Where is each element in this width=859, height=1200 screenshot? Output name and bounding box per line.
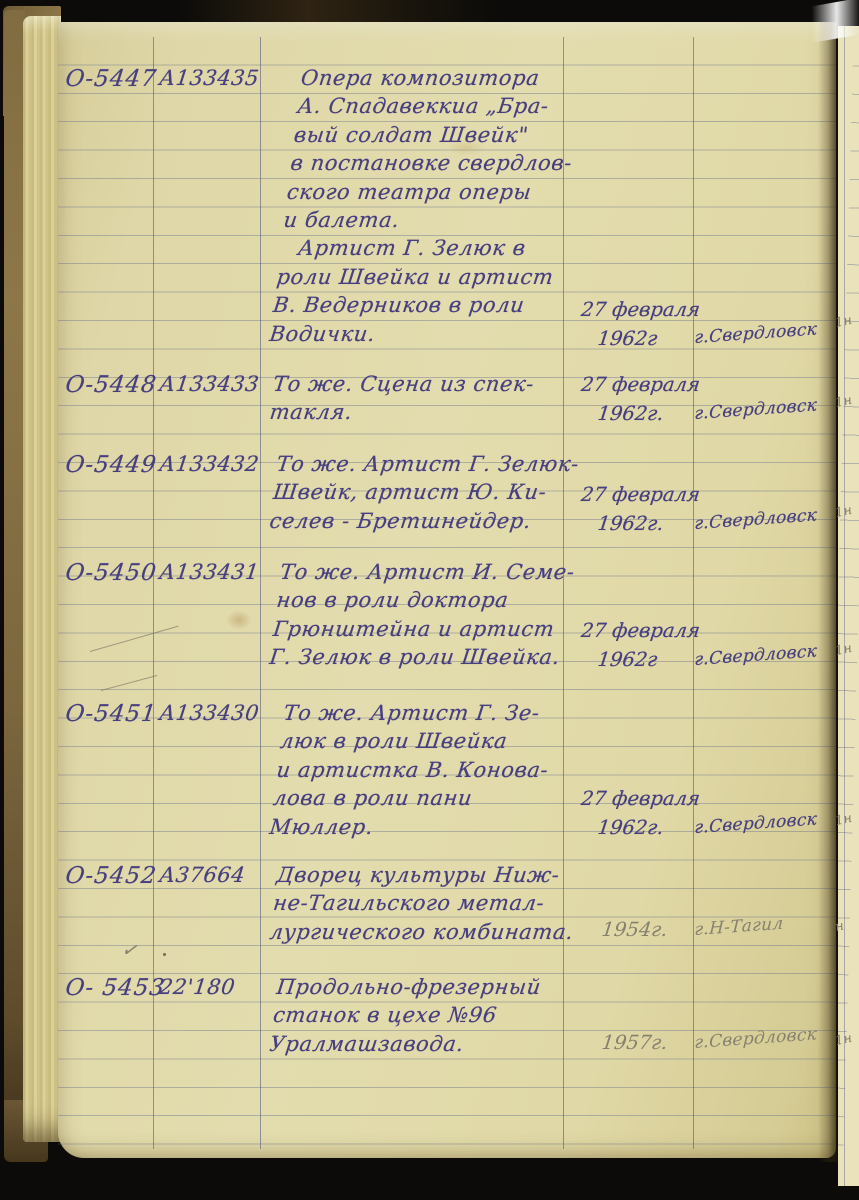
- description: Продольно-фрезерный станок в цехе №96 Ур…: [268, 973, 578, 1058]
- horizontal-rulings: [838, 38, 859, 1150]
- date: 27 февраля 1962г.: [576, 784, 703, 842]
- next-page-sliver: [838, 26, 859, 1186]
- date-line: 1962г.: [576, 509, 700, 538]
- description-line: ского театра оперы: [285, 178, 588, 206]
- description-line: Дворец культуры Ниж-: [275, 861, 578, 889]
- description: То же. Артист Г. Зе- люк в роли Швейка и…: [268, 699, 585, 841]
- description-line: Артист Г. Зелюк в: [278, 234, 581, 262]
- negative-number: А133431: [158, 560, 265, 584]
- description-line: А. Спадавеккиа „Бра-: [296, 92, 599, 120]
- catalog-number: О-5452: [64, 863, 159, 889]
- negative-number: А133432: [158, 452, 265, 476]
- description: То же. Сцена из спек- такля.: [268, 370, 575, 427]
- description: То же. Артист И. Семе- нов в роли доктор…: [268, 558, 582, 672]
- catalog-number: О- 5453: [64, 975, 159, 1001]
- date: 27 февраля 1962г.: [576, 370, 703, 428]
- description-line: роли Швейка и артист: [275, 263, 578, 291]
- description-line: вый солдат Швейк": [292, 121, 595, 149]
- date-line: 1962г: [576, 645, 700, 674]
- description-line: То же. Сцена из спек-: [271, 370, 574, 398]
- book-cover-edge: [4, 10, 25, 1162]
- description-line: такля.: [268, 398, 571, 426]
- description-line: лургического комбината.: [268, 918, 571, 946]
- stain: [226, 610, 252, 630]
- date: 27 февраля 1962г.: [576, 480, 703, 538]
- description-line: и артистка В. Конова-: [275, 756, 578, 784]
- date-line: 1962г.: [576, 399, 700, 428]
- description-line: То же. Артист Г. Зе-: [282, 699, 585, 727]
- date-line: 27 февраля: [580, 616, 704, 645]
- description-line: Грюнштейна и артист: [271, 615, 574, 643]
- description-line: Уралмашзавода.: [268, 1030, 571, 1058]
- description-line: станок в цехе №96: [271, 1001, 574, 1029]
- description-line: Опера композитора: [299, 64, 602, 92]
- description-line: Мюллер.: [268, 813, 571, 841]
- date-line: 1962г.: [576, 813, 700, 842]
- negative-number: А133430: [158, 701, 265, 725]
- pencil-dot: [163, 953, 166, 956]
- description-line: не-Тагильского метал-: [271, 889, 574, 917]
- photo-background-smudge: [180, 0, 500, 22]
- description-line: люк в роли Швейка: [278, 727, 581, 755]
- description-line: нов в роли доктора: [275, 586, 578, 614]
- date-line: 27 февраля: [580, 295, 704, 324]
- description-line: селев - Бретшнейдер.: [268, 507, 571, 535]
- date-line: 27 февраля: [580, 370, 704, 399]
- description-line: Швейк, артист Ю. Ки-: [271, 478, 574, 506]
- description: Опера композитора А. Спадавеккиа „Бра- в…: [268, 64, 603, 348]
- catalog-number: О-5447: [64, 66, 159, 92]
- description: Дворец культуры Ниж- не-Тагильского мета…: [268, 861, 578, 946]
- description-line: Г. Зелюк в роли Швейка.: [268, 643, 571, 671]
- column-divider: [693, 37, 694, 1149]
- negative-number: 22'180: [158, 975, 265, 999]
- negative-number: А133433: [158, 372, 265, 396]
- scanned-ledger-page: О-5447 А133435 Опера композитора А. Спад…: [0, 0, 859, 1200]
- description-line: То же. Артист Г. Зелюк-: [275, 450, 578, 478]
- catalog-number: О-5449: [64, 452, 159, 478]
- date-line: 27 февраля: [580, 784, 704, 813]
- page-edge-stack: [23, 16, 61, 1142]
- negative-number: А133435: [158, 66, 265, 90]
- description: То же. Артист Г. Зелюк- Швейк, артист Ю.…: [268, 450, 578, 535]
- date-line: 27 февраля: [580, 480, 704, 509]
- catalog-number: О-5451: [64, 701, 159, 727]
- description-line: Продольно-фрезерный: [275, 973, 578, 1001]
- description-line: в постановке свердлов-: [289, 149, 592, 177]
- catalog-number: О-5448: [64, 372, 159, 398]
- column-divider: [844, 26, 845, 1186]
- description-line: и балета.: [282, 206, 585, 234]
- checkmark: ✓: [120, 938, 139, 962]
- page-fold-shadow: [818, 22, 838, 1162]
- date: 27 февраля 1962г: [576, 295, 703, 353]
- description-line: В. Ведерников в роли: [271, 291, 574, 319]
- negative-number: А37664: [158, 863, 265, 887]
- description-line: лова в роли пани: [271, 784, 574, 812]
- date-line: 1962г: [576, 324, 700, 353]
- catalog-number: О-5450: [64, 560, 159, 586]
- description-line: Водички.: [268, 320, 571, 348]
- description-line: То же. Артист И. Семе-: [278, 558, 581, 586]
- date: 27 февраля 1962г: [576, 616, 703, 674]
